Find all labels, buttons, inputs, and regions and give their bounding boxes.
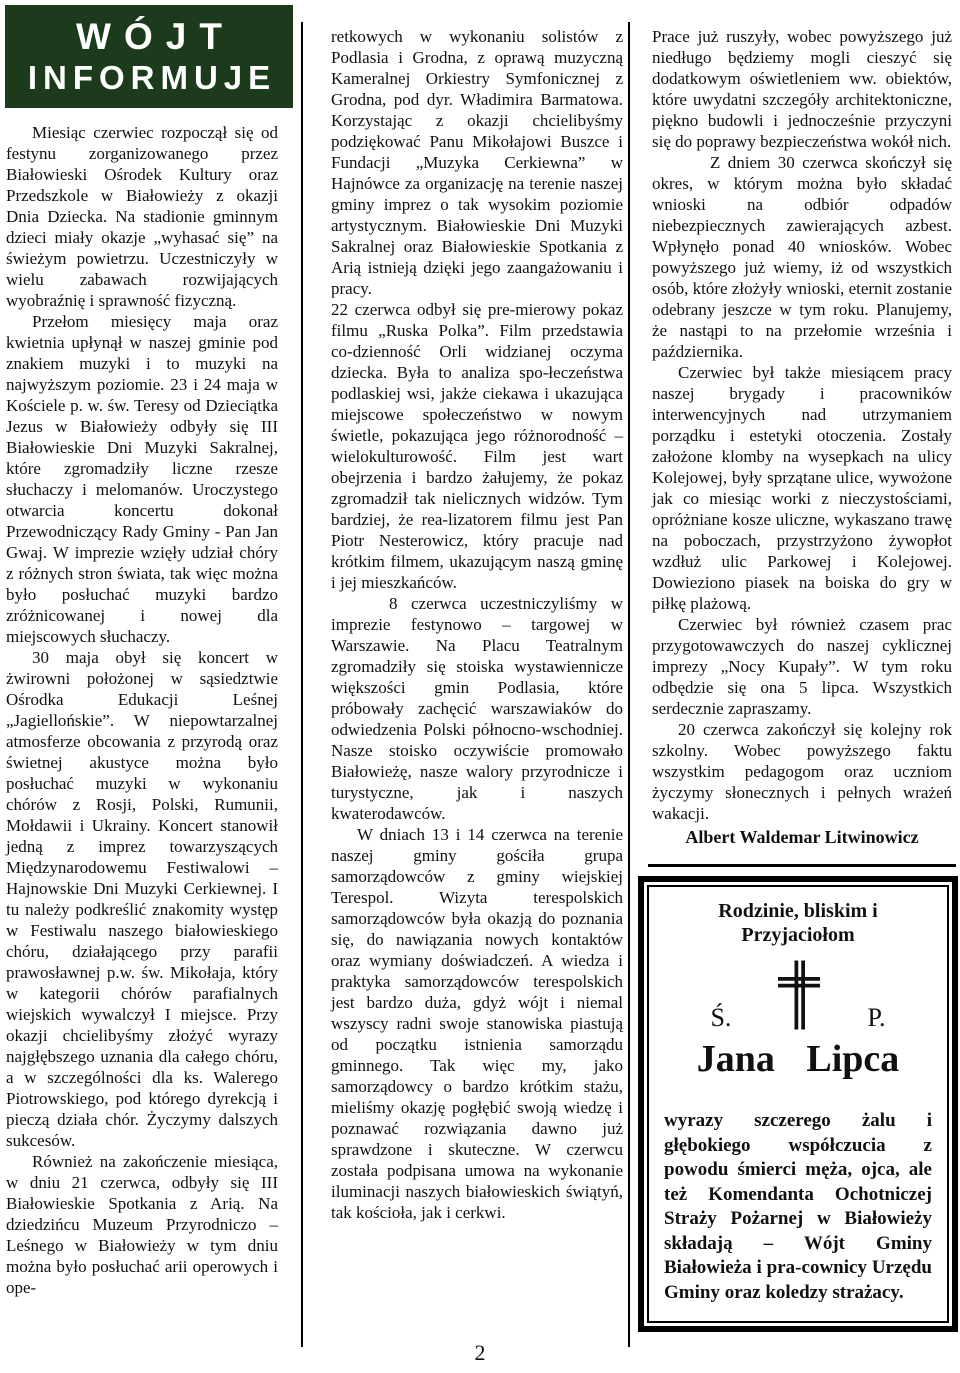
- obituary-box: Rodzinie, bliskim i Przyjaciołom Ś. P. J…: [638, 876, 958, 1332]
- right-column-paragraphs: Prace już ruszyły, wobec powyższego już …: [652, 26, 952, 824]
- paragraph: W dniach 13 i 14 czerwca na terenie nasz…: [331, 824, 623, 1223]
- section-divider-rule: [648, 864, 956, 867]
- page-number: 2: [400, 1340, 560, 1366]
- paragraph: 20 czerwca zakończył się kolejny rok szk…: [652, 719, 952, 824]
- paragraph: retkowych w wykonaniu solistów z Podlasi…: [331, 26, 623, 299]
- column-divider-right: [628, 22, 630, 1347]
- paragraph: Czerwiec był także miesiącem pracy nasze…: [652, 362, 952, 614]
- paragraph: Czerwiec był również czasem prac przygot…: [652, 614, 952, 719]
- obituary-deceased-name: Jana Lipca: [664, 1039, 932, 1079]
- text-column-left: Miesiąc czerwiec rozpoczął się od festyn…: [6, 122, 278, 1298]
- paragraph: 22 czerwca odbył się pre-mierowy pokaz f…: [331, 299, 623, 593]
- paragraph: Również na zakończenie miesiąca, w dniu …: [6, 1151, 278, 1298]
- paragraph: 30 maja obył się koncert w żwirowni poło…: [6, 647, 278, 1151]
- obituary-inner-frame: Rodzinie, bliskim i Przyjaciołom Ś. P. J…: [647, 885, 949, 1323]
- paragraph: Prace już ruszyły, wobec powyższego już …: [652, 26, 952, 152]
- obituary-condolence-text: wyrazy szczerego żalu i głębokiego współ…: [664, 1109, 932, 1305]
- author-signature: Albert Waldemar Litwinowicz: [652, 826, 952, 848]
- text-column-middle: retkowych w wykonaniu solistów z Podlasi…: [331, 26, 623, 1223]
- obituary-initial-s: Ś.: [710, 1005, 731, 1031]
- latin-cross-icon: [775, 959, 823, 1031]
- paragraph: 8 czerwca uczestniczyliśmy w imprezie fe…: [331, 593, 623, 824]
- newsletter-page: WÓJT INFORMUJE Miesiąc czerwiec rozpoczą…: [0, 0, 960, 1373]
- masthead-banner: WÓJT INFORMUJE: [5, 5, 293, 108]
- text-column-right: Prace już ruszyły, wobec powyższego już …: [652, 26, 952, 1332]
- paragraph: Z dniem 30 czerwca skończył się okres, w…: [652, 152, 952, 362]
- column-divider-left: [301, 22, 303, 1347]
- masthead-title-line1: WÓJT: [63, 17, 235, 58]
- obituary-dedication: Rodzinie, bliskim i Przyjaciołom: [664, 899, 932, 947]
- masthead-title-line2: INFORMUJE: [22, 60, 276, 96]
- obituary-initial-p: P.: [867, 1005, 885, 1031]
- paragraph: Przełom miesięcy maja oraz kwietnia upły…: [6, 311, 278, 647]
- paragraph: Miesiąc czerwiec rozpoczął się od festyn…: [6, 122, 278, 311]
- obituary-sp-row: Ś. P.: [664, 959, 932, 1031]
